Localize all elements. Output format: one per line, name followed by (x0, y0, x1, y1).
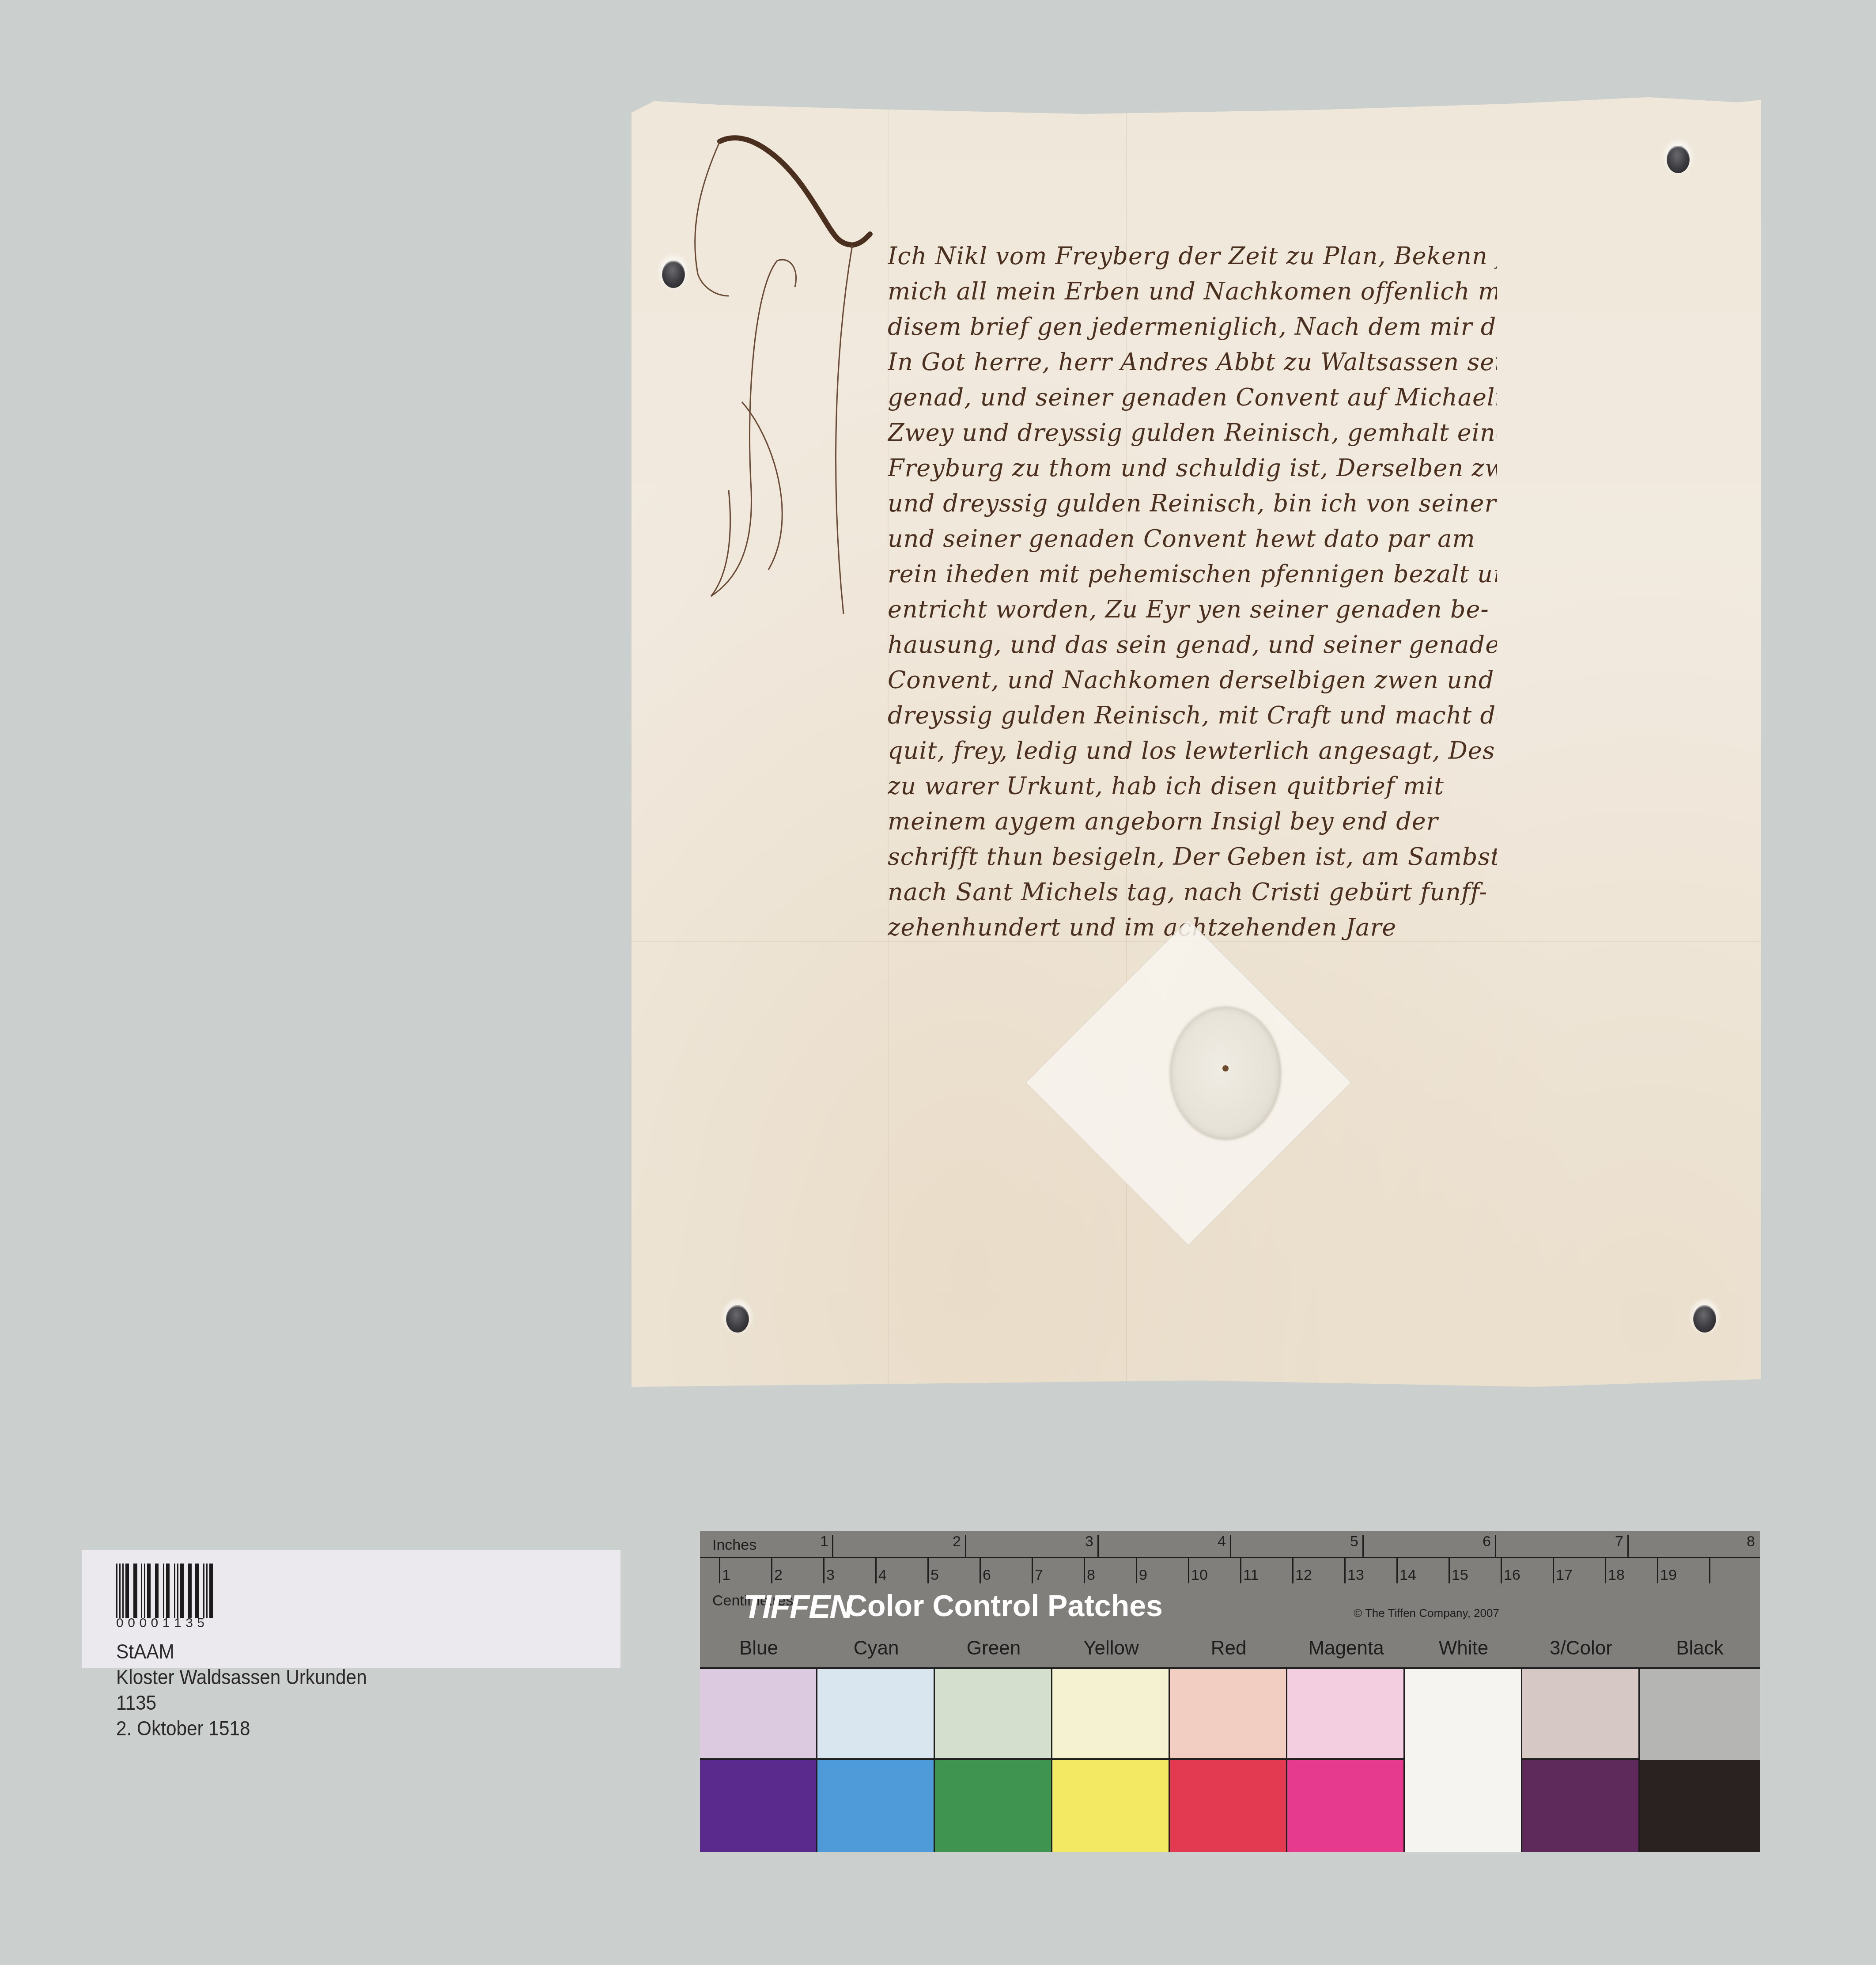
text-line: Ich Nikl vom Freyberg der Zeit zu Plan, … (888, 239, 1497, 274)
text-line: mich all mein Erben und Nachkomen offenl… (888, 274, 1497, 309)
cm-tick-label: 16 (1504, 1567, 1520, 1584)
patch-label-green: Green (935, 1637, 1052, 1659)
magnet-top-left (662, 261, 685, 288)
patch-label-cyan: Cyan (817, 1637, 935, 1659)
text-line: quit, frey, ledig und los lewterlich ang… (888, 733, 1497, 769)
patch-yellow-light (1052, 1669, 1170, 1760)
inch-tick-label: 6 (1483, 1533, 1491, 1550)
patch-white (1405, 1669, 1522, 1852)
cm-tick (823, 1557, 825, 1583)
patch-label-black: Black (1640, 1637, 1760, 1659)
magnet-top-right (1667, 146, 1690, 173)
decorated-initial-letter (685, 128, 914, 623)
inch-tick-label: 8 (1747, 1533, 1755, 1550)
document-number: 1135 (116, 1690, 367, 1715)
cm-tick-label: 10 (1191, 1567, 1208, 1584)
text-line: disem brief gen jedermeniglich, Nach dem… (888, 309, 1497, 345)
patch-red-light (1170, 1669, 1287, 1760)
cm-tick (875, 1557, 877, 1583)
cm-tick (719, 1557, 720, 1583)
patch-3color-light (1522, 1669, 1640, 1760)
label-text: StAAM Kloster Waldsassen Urkunden 1135 2… (116, 1639, 367, 1741)
inch-tick (1230, 1535, 1231, 1557)
text-line: und dreyssig gulden Reinisch, bin ich vo… (888, 486, 1497, 521)
text-line: meinem aygem angeborn Insigl bey end der (888, 804, 1497, 839)
chart-title: Color Control Patches (846, 1589, 1163, 1623)
patch-magenta-light (1287, 1669, 1405, 1760)
text-line: und seiner genaden Convent hewt dato par… (888, 521, 1497, 557)
cm-tick (1553, 1557, 1554, 1583)
ruler-baseline (700, 1557, 1760, 1558)
patch-label-3color: 3/Color (1522, 1637, 1640, 1659)
color-patches (700, 1667, 1760, 1854)
patch-green-light (935, 1669, 1052, 1760)
patch-label-magenta: Magenta (1287, 1637, 1405, 1659)
cm-tick (1188, 1557, 1189, 1583)
cm-tick-label: 8 (1087, 1567, 1095, 1584)
barcode-digit: 1 (163, 1616, 170, 1631)
barcode-digit: 0 (151, 1616, 159, 1631)
collection-name: Kloster Waldsassen Urkunden (116, 1664, 367, 1690)
inch-tick (1362, 1535, 1364, 1557)
cm-tick-label: 6 (983, 1567, 991, 1584)
cm-tick-label: 15 (1452, 1567, 1468, 1584)
cm-tick-label: 19 (1660, 1567, 1677, 1584)
cm-tick-label: 14 (1399, 1567, 1416, 1584)
barcode-digit: 0 (128, 1616, 135, 1631)
wax-seal (1170, 1007, 1281, 1140)
cm-tick (1709, 1557, 1710, 1583)
cm-tick (771, 1557, 772, 1583)
inch-tick-label: 3 (1085, 1533, 1093, 1550)
cm-tick (1501, 1557, 1502, 1583)
cm-tick (1292, 1557, 1294, 1583)
inch-tick (1097, 1535, 1099, 1557)
seal-mark (1222, 1065, 1229, 1071)
archive-name: StAAM (116, 1639, 367, 1664)
inches-caption: Inches (712, 1537, 756, 1554)
patch-magenta-dark (1287, 1760, 1405, 1852)
patch-label-blue: Blue (700, 1637, 817, 1659)
color-control-chart: Inches 1 2 3 4 5 6 7 8 1 2 3 4 5 6 7 8 (700, 1531, 1760, 1852)
cm-tick-label: 1 (722, 1567, 730, 1584)
cm-tick-label: 2 (774, 1567, 783, 1584)
cm-tick (1344, 1557, 1346, 1583)
text-line: Zwey und dreyssig gulden Reinisch, gemha… (888, 415, 1497, 451)
cm-tick (980, 1557, 981, 1583)
text-line: genad, und seiner genaden Convent auf Mi… (888, 380, 1497, 415)
barcode (116, 1563, 215, 1618)
text-line: Freyburg zu thom und schuldig ist, Derse… (888, 451, 1497, 486)
document-date: 2. Oktober 1518 (116, 1715, 367, 1741)
patch-black-light (1640, 1669, 1760, 1760)
cm-tick-label: 12 (1295, 1567, 1312, 1584)
patch-black-dark (1640, 1760, 1760, 1852)
cm-tick (1449, 1557, 1450, 1583)
archive-label: 0 0 0 0 1 1 3 5 StAAM Kloster Waldsassen… (82, 1550, 620, 1668)
patch-blue-dark (700, 1760, 817, 1852)
cm-tick-label: 9 (1139, 1567, 1147, 1584)
cm-tick-label: 18 (1608, 1567, 1625, 1584)
copyright-notice: © The Tiffen Company, 2007 (1354, 1606, 1499, 1620)
cm-tick-label: 11 (1243, 1567, 1259, 1584)
text-line: nach Sant Michels tag, nach Cristi gebür… (888, 875, 1497, 910)
barcode-digit: 0 (139, 1616, 147, 1631)
magnet-bottom-right (1693, 1305, 1716, 1333)
cm-tick (1396, 1557, 1398, 1583)
patch-red-dark (1170, 1760, 1287, 1852)
barcode-digit: 5 (197, 1616, 204, 1631)
barcode-digit: 3 (185, 1616, 193, 1631)
cm-tick-label: 7 (1035, 1567, 1043, 1584)
inch-tick-label: 1 (820, 1533, 828, 1550)
patch-blue-light (700, 1669, 817, 1760)
handwritten-text: Ich Nikl vom Freyberg der Zeit zu Plan, … (888, 239, 1497, 945)
barcode-digit: 1 (174, 1616, 182, 1631)
cm-tick (1032, 1557, 1033, 1583)
cm-tick (1084, 1557, 1085, 1583)
inch-tick (965, 1535, 966, 1557)
patch-green-dark (935, 1760, 1052, 1852)
inch-tick-label: 2 (953, 1533, 961, 1550)
cm-tick (1605, 1557, 1606, 1583)
text-line: hausung, und das sein genad, und seiner … (888, 627, 1497, 663)
inch-tick-label: 5 (1350, 1533, 1358, 1550)
patch-cyan-dark (817, 1760, 935, 1852)
patch-3color-dark (1522, 1760, 1640, 1852)
patch-label-yellow: Yellow (1052, 1637, 1170, 1659)
cm-tick-label: 5 (930, 1567, 939, 1584)
patch-label-red: Red (1170, 1637, 1287, 1659)
inch-tick (1495, 1535, 1496, 1557)
text-line: In Got herre, herr Andres Abbt zu Waltsa… (888, 345, 1497, 380)
text-line: dreyssig gulden Reinisch, mit Craft und … (888, 698, 1497, 733)
text-line: rein iheden mit pehemischen pfennigen be… (888, 557, 1497, 592)
cm-tick-label: 3 (826, 1567, 835, 1584)
cm-tick (927, 1557, 929, 1583)
magnet-bottom-left (726, 1305, 749, 1333)
text-line: schrifft thun besigeln, Der Geben ist, a… (888, 839, 1497, 875)
manuscript-page: Ich Nikl vom Freyberg der Zeit zu Plan, … (632, 97, 1761, 1387)
cm-tick (1136, 1557, 1137, 1583)
text-line: Convent, und Nachkomen derselbigen zwen … (888, 663, 1497, 698)
inch-tick (1627, 1535, 1629, 1557)
inch-tick (832, 1535, 833, 1557)
text-line: zu warer Urkunt, hab ich disen quitbrief… (888, 769, 1497, 804)
patch-cyan-light (817, 1669, 935, 1760)
cm-tick (1657, 1557, 1658, 1583)
patch-labels: Blue Cyan Green Yellow Red Magenta White… (700, 1637, 1760, 1664)
patch-yellow-dark (1052, 1760, 1170, 1852)
barcode-number: 0 0 0 0 1 1 3 5 (116, 1616, 204, 1631)
cm-tick-label: 17 (1556, 1567, 1573, 1584)
patch-label-white: White (1405, 1637, 1522, 1659)
text-line: entricht worden, Zu Eyr yen seiner genad… (888, 592, 1497, 627)
barcode-digit: 0 (116, 1616, 124, 1631)
cm-tick (1240, 1557, 1241, 1583)
tiffen-logo: TIFFEN (743, 1588, 852, 1625)
cm-tick-label: 4 (878, 1567, 887, 1584)
cm-tick-label: 13 (1347, 1567, 1364, 1584)
inch-tick-label: 4 (1218, 1533, 1226, 1550)
inch-tick-label: 7 (1615, 1533, 1623, 1550)
